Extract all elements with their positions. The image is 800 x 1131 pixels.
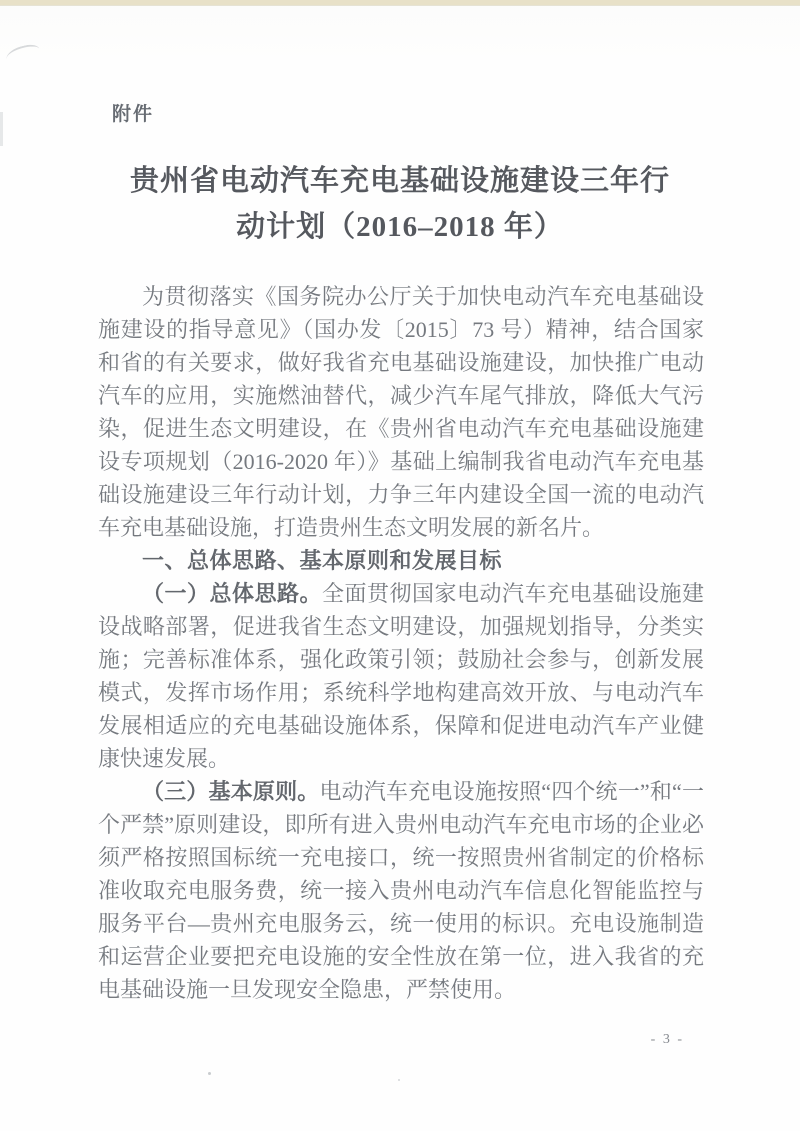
scan-smudge-artifact <box>5 43 42 66</box>
scan-paper-edge <box>0 0 800 5</box>
subsection-lead-basic-principles: （三）基本原则。 <box>142 779 319 804</box>
subsection-paragraph-overall-approach: （一）总体思路。全面贯彻国家电动汽车充电基础设施建设战略部署，促进我省生态文明建… <box>98 577 704 775</box>
scan-dot-artifact <box>398 1079 400 1081</box>
section-heading: 一、总体思路、基本原则和发展目标 <box>98 544 704 577</box>
subsection-lead-overall-approach: （一）总体思路。 <box>142 581 322 606</box>
subsection-text-overall-approach: 全面贯彻国家电动汽车充电基础设施建设战略部署，促进我省生态文明建设，加强规划指导… <box>98 581 704 771</box>
attachment-label: 附件 <box>112 99 154 126</box>
subsection-paragraph-basic-principles: （三）基本原则。电动汽车充电设施按照“四个统一”和“一个严禁”原则建设，即所有进… <box>98 775 704 1006</box>
document-body: 为贯彻落实《国务院办公厅关于加快电动汽车充电基础设施建设的指导意见》（国办发〔2… <box>98 280 704 1006</box>
document-title-line1: 贵州省电动汽车充电基础设施建设三年行 <box>100 158 700 204</box>
scan-dot-artifact <box>208 1072 211 1075</box>
document-title: 贵州省电动汽车充电基础设施建设三年行 动计划（2016–2018 年） <box>100 158 700 250</box>
page-number: - 3 - <box>651 1032 684 1048</box>
scanned-document-page: 附件 贵州省电动汽车充电基础设施建设三年行 动计划（2016–2018 年） 为… <box>0 0 800 1131</box>
subsection-text-basic-principles: 电动汽车充电设施按照“四个统一”和“一个严禁”原则建设，即所有进入贵州电动汽车充… <box>98 779 704 1002</box>
intro-paragraph: 为贯彻落实《国务院办公厅关于加快电动汽车充电基础设施建设的指导意见》（国办发〔2… <box>98 280 704 544</box>
document-title-line2: 动计划（2016–2018 年） <box>100 204 700 250</box>
scan-smudge-artifact <box>0 112 3 146</box>
